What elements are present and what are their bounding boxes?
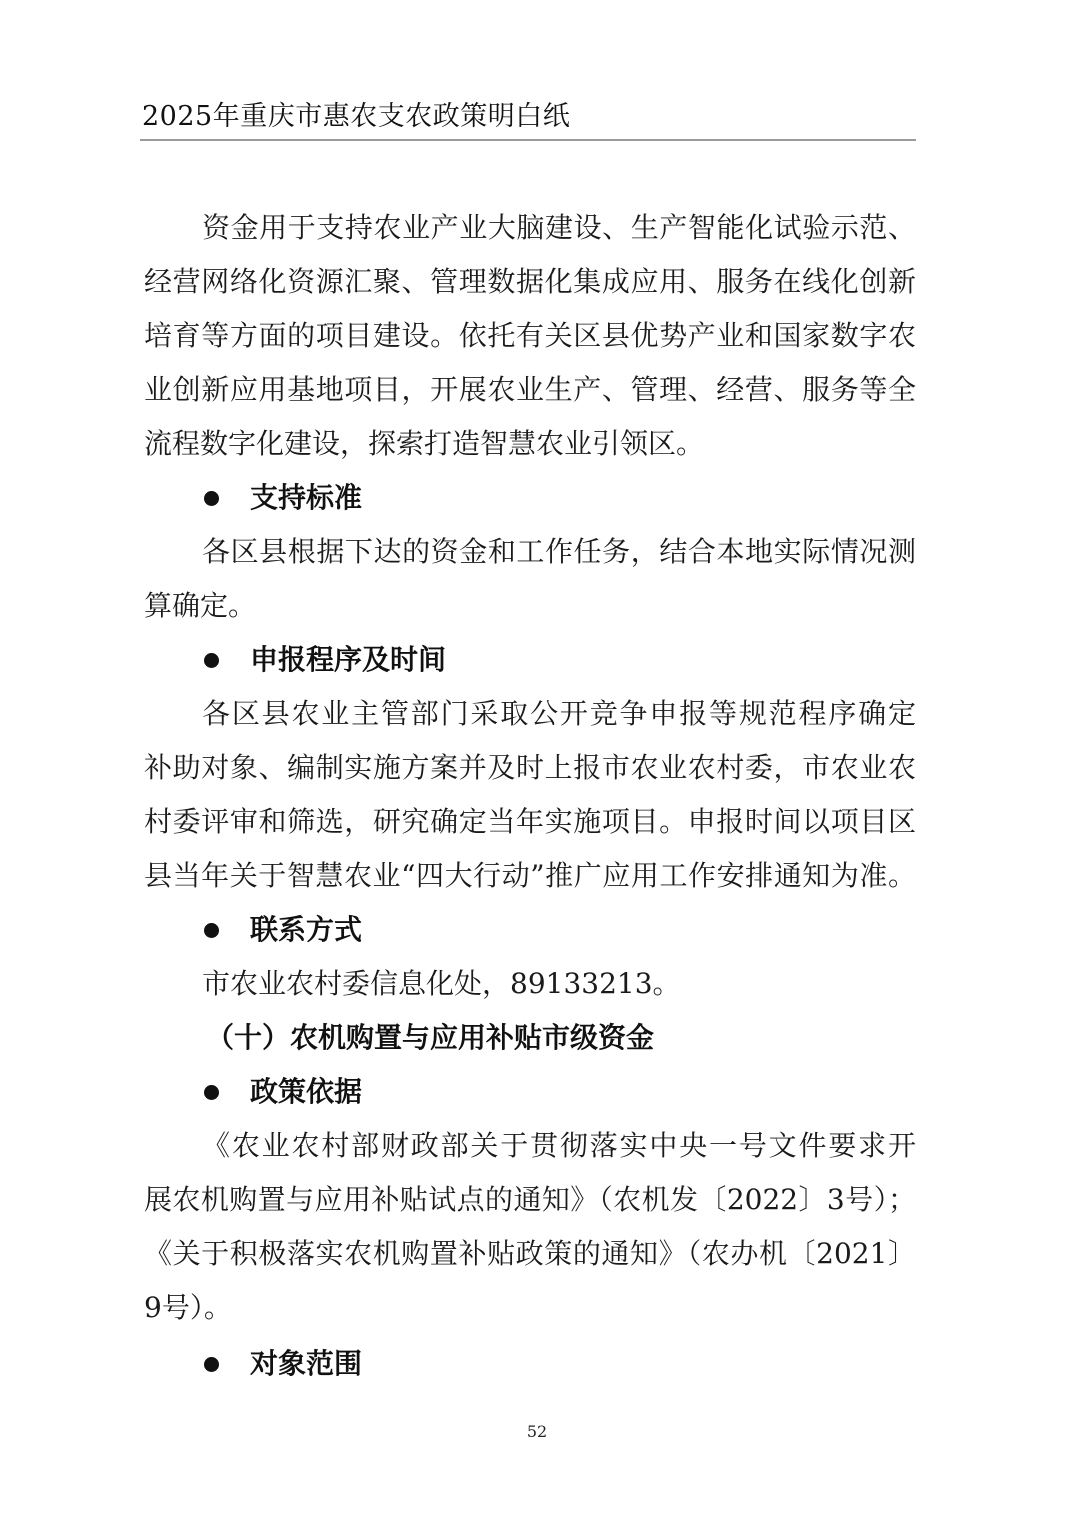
paragraph-line: 各区县农业主管部门采取公开竞争申报等规范程序确定 xyxy=(202,694,916,734)
heading-label: 对象范围 xyxy=(250,1344,362,1384)
heading-label: 联系方式 xyxy=(250,910,362,950)
running-header-title: 2025年重庆市惠农支农政策明白纸 xyxy=(142,99,570,135)
paragraph-line: 村委评审和筛选，研究确定当年实施项目。申报时间以项目区 xyxy=(144,802,916,842)
paragraph-line: 算确定。 xyxy=(144,586,916,626)
paragraph-line: 经营网络化资源汇聚、管理数据化集成应用、服务在线化创新 xyxy=(144,262,916,302)
heading-application-procedure: 申报程序及时间 xyxy=(204,640,446,680)
heading-policy-basis: 政策依据 xyxy=(204,1072,362,1112)
paragraph-line: 县当年关于智慧农业“四大行动”推广应用工作安排通知为准。 xyxy=(144,856,916,896)
heading-label: 申报程序及时间 xyxy=(250,640,446,680)
heading-label: 政策依据 xyxy=(250,1072,362,1112)
paragraph-line: 培育等方面的项目建设。依托有关区县优势产业和国家数字农 xyxy=(144,316,916,356)
header-divider xyxy=(140,139,916,141)
bullet-icon xyxy=(204,491,219,506)
paragraph-line: 各区县根据下达的资金和工作任务，结合本地实际情况测 xyxy=(202,532,916,572)
bullet-icon xyxy=(204,1357,219,1372)
bullet-icon xyxy=(204,1085,219,1100)
heading-target-scope: 对象范围 xyxy=(204,1344,362,1384)
paragraph-line: 流程数字化建设，探索打造智慧农业引领区。 xyxy=(144,424,916,464)
page-number: 52 xyxy=(0,1422,1074,1442)
paragraph-line: 资金用于支持农业产业大脑建设、生产智能化试验示范、 xyxy=(202,208,916,248)
contact-info: 市农业农村委信息化处，89133213。 xyxy=(202,964,916,1004)
paragraph-line: 9号）。 xyxy=(144,1288,916,1328)
heading-contact: 联系方式 xyxy=(204,910,362,950)
paragraph-line: 《农业农村部财政部关于贯彻落实中央一号文件要求开 xyxy=(202,1126,916,1166)
paragraph-line: 业创新应用基地项目，开展农业生产、管理、经营、服务等全 xyxy=(144,370,916,410)
paragraph-line: 补助对象、编制实施方案并及时上报市农业农村委，市农业农 xyxy=(144,748,916,788)
section-title: （十）农机购置与应用补贴市级资金 xyxy=(206,1018,654,1058)
paragraph-line: 展农机购置与应用补贴试点的通知》（农机发〔2022〕3号）； xyxy=(144,1180,916,1220)
paragraph-line: 《关于积极落实农机购置补贴政策的通知》（农办机〔2021〕 xyxy=(144,1234,916,1274)
heading-label: 支持标准 xyxy=(250,478,362,518)
heading-support-standard: 支持标准 xyxy=(204,478,362,518)
bullet-icon xyxy=(204,923,219,938)
document-page: 2025年重庆市惠农支农政策明白纸 资金用于支持农业产业大脑建设、生产智能化试验… xyxy=(0,0,1074,1520)
bullet-icon xyxy=(204,653,219,668)
